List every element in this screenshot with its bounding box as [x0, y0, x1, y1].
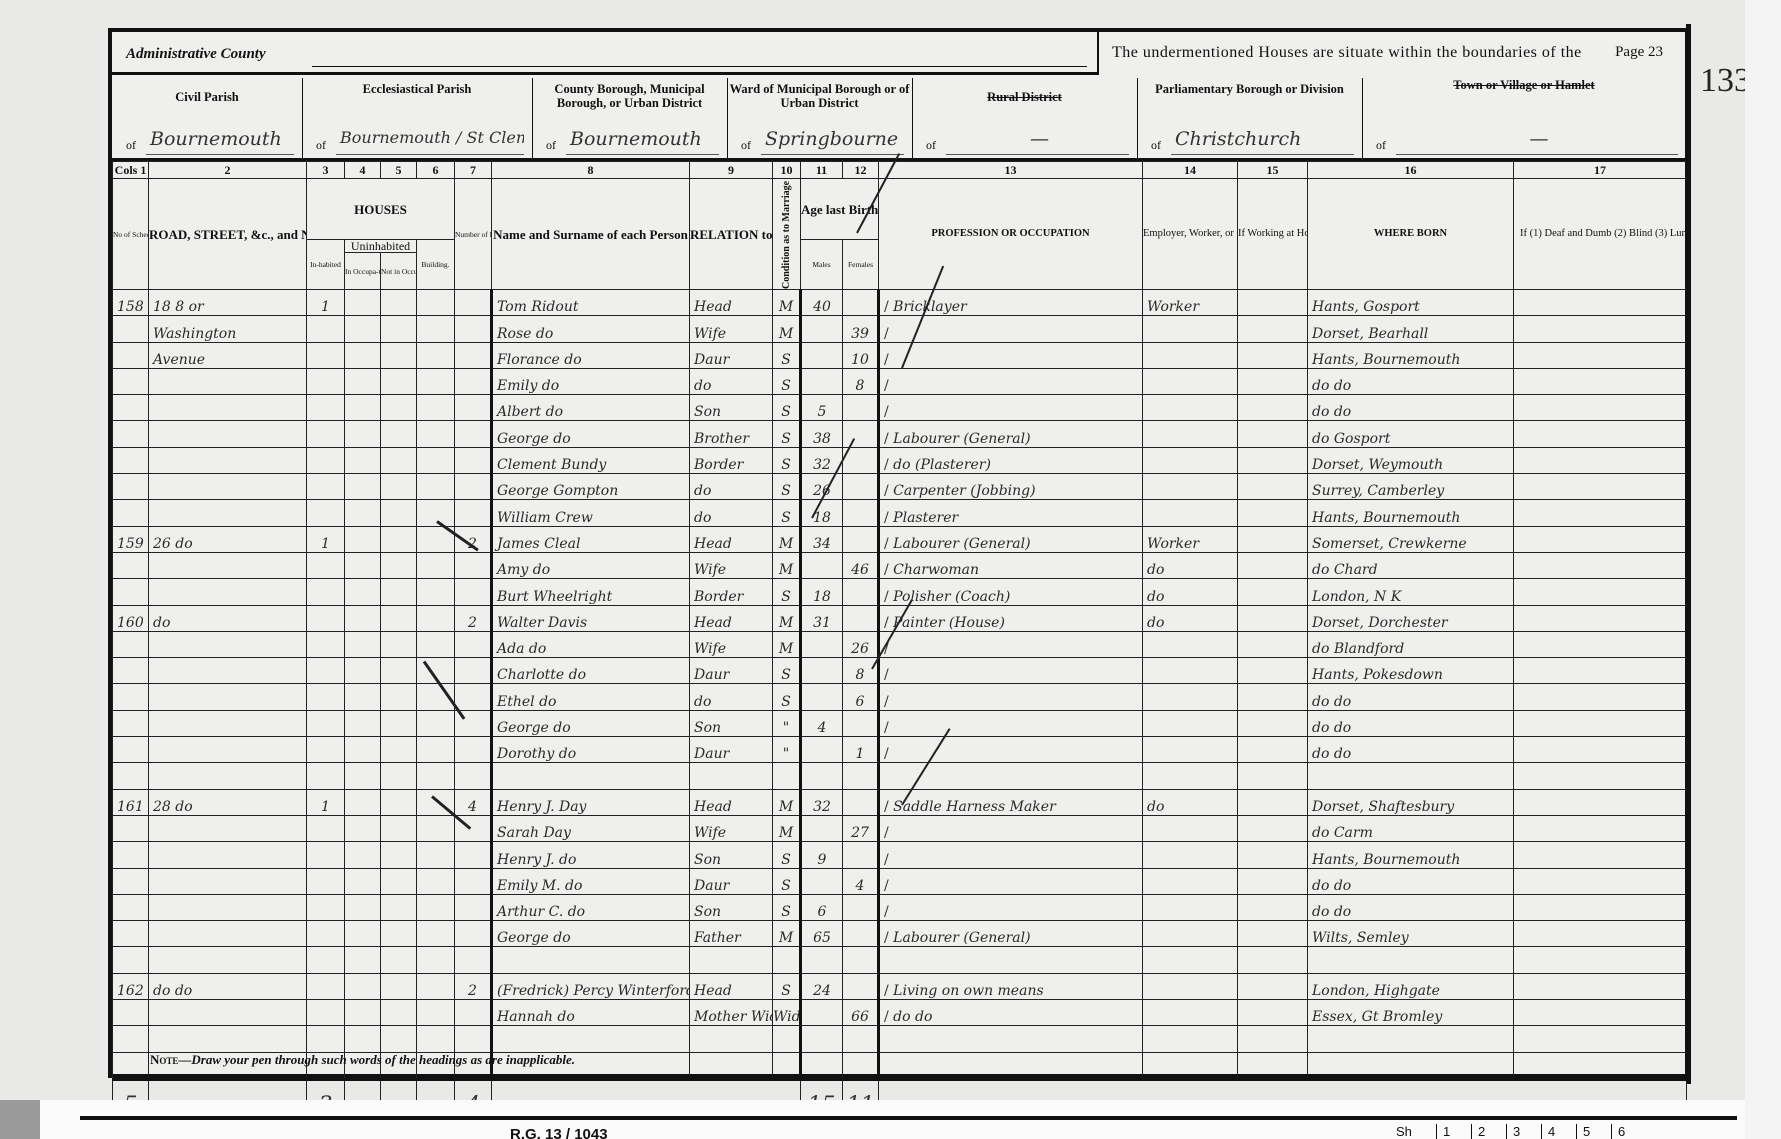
- at-home: [1238, 1052, 1308, 1079]
- enumerator-tick-icon: /: [884, 615, 889, 631]
- inhabited: [307, 684, 345, 710]
- infirmity: [1514, 447, 1687, 473]
- enumerator-tick-icon: /: [884, 378, 889, 394]
- rural-district-value: —: [946, 128, 1129, 155]
- in-occupation: [345, 316, 381, 342]
- header-where-born: WHERE BORN: [1308, 179, 1514, 290]
- not-in-occupation: [381, 290, 417, 316]
- occupation: / Charwoman: [879, 552, 1143, 578]
- occupation: [879, 1052, 1143, 1079]
- building: [417, 737, 455, 763]
- female-age: [843, 474, 879, 500]
- census-sheet: Administrative County The undermentioned…: [108, 28, 1688, 1078]
- table-row: Albert doSonS5/ do do: [113, 395, 1687, 421]
- male-age: 32: [801, 789, 843, 815]
- where-born: Hants, Bournemouth: [1308, 342, 1514, 368]
- enumerator-tick-icon: /: [884, 746, 889, 762]
- inhabited: [307, 1000, 345, 1026]
- column-number: 8: [492, 162, 690, 179]
- where-born: [1308, 1052, 1514, 1079]
- rooms: 2: [455, 605, 492, 631]
- district-county-borough: County Borough, Municipal Borough, or Ur…: [532, 78, 728, 158]
- building: [417, 316, 455, 342]
- address: 26 do: [149, 526, 307, 552]
- relation: Son: [690, 842, 773, 868]
- infirmity: [1514, 763, 1687, 789]
- female-age: 26: [843, 631, 879, 657]
- where-born: Dorset, Dorchester: [1308, 605, 1514, 631]
- employment: [1143, 500, 1238, 526]
- not-in-occupation: [381, 815, 417, 841]
- occupation: /: [879, 894, 1143, 920]
- inhabited: [307, 868, 345, 894]
- table-row: Burt WheelrightBorderS18/ Polisher (Coac…: [113, 579, 1687, 605]
- header-employment: Employer, Worker, or Own account: [1143, 179, 1238, 290]
- in-occupation: [345, 1000, 381, 1026]
- column-number: 13: [879, 162, 1143, 179]
- not-in-occupation: [381, 1000, 417, 1026]
- table-row: [113, 947, 1687, 973]
- where-born: do Gosport: [1308, 421, 1514, 447]
- address: 28 do: [149, 789, 307, 815]
- infirmity: [1514, 684, 1687, 710]
- town-value: —: [1396, 128, 1678, 155]
- inhabited: [307, 947, 345, 973]
- where-born: Hants, Gosport: [1308, 290, 1514, 316]
- relation: Son: [690, 894, 773, 920]
- condition: S: [773, 894, 801, 920]
- rooms: [455, 316, 492, 342]
- condition: M: [773, 290, 801, 316]
- header-address: ROAD, STREET, &c., and No. or NAME of HO…: [149, 179, 307, 290]
- occupation: /: [879, 737, 1143, 763]
- where-born: [1308, 763, 1514, 789]
- female-age: [843, 605, 879, 631]
- not-in-occupation: [381, 789, 417, 815]
- relation: Daur: [690, 868, 773, 894]
- parliamentary-value: Christchurch: [1171, 128, 1354, 155]
- at-home: [1238, 868, 1308, 894]
- not-in-occupation: [381, 579, 417, 605]
- employment: [1143, 710, 1238, 736]
- female-age: 8: [843, 368, 879, 394]
- address: [149, 552, 307, 578]
- enumerator-tick-icon: /: [884, 852, 889, 868]
- address: [149, 658, 307, 684]
- inhabited: [307, 421, 345, 447]
- infirmity: [1514, 631, 1687, 657]
- relation: Son: [690, 395, 773, 421]
- address: [149, 868, 307, 894]
- occupation: / Painter (House): [879, 605, 1143, 631]
- relation: Wife: [690, 815, 773, 841]
- inhabited: [307, 552, 345, 578]
- relation: Daur: [690, 658, 773, 684]
- infirmity: [1514, 395, 1687, 421]
- male-age: 34: [801, 526, 843, 552]
- condition: S: [773, 973, 801, 999]
- person-name: George do: [492, 421, 690, 447]
- address: [149, 842, 307, 868]
- address: [149, 947, 307, 973]
- not-in-occupation: [381, 474, 417, 500]
- civil-parish-value: Bournemouth: [146, 128, 294, 155]
- inhabited: [307, 631, 345, 657]
- where-born: [1308, 947, 1514, 973]
- occupation: / do do: [879, 1000, 1143, 1026]
- person-name: (Fredrick) Percy Winterford: [492, 973, 690, 999]
- at-home: [1238, 342, 1308, 368]
- female-age: [843, 290, 879, 316]
- condition: [773, 763, 801, 789]
- female-age: [843, 526, 879, 552]
- infirmity: [1514, 973, 1687, 999]
- district-rural: Rural District of —: [912, 78, 1138, 158]
- address: [149, 737, 307, 763]
- condition: S: [773, 658, 801, 684]
- inhabited: [307, 500, 345, 526]
- address: [149, 421, 307, 447]
- occupation: [879, 1026, 1143, 1052]
- building: [417, 973, 455, 999]
- schedule-number: [113, 631, 149, 657]
- rooms: [455, 552, 492, 578]
- relation: [690, 1026, 773, 1052]
- condition: S: [773, 579, 801, 605]
- table-row: Hannah doMother WidWid66/ do doEssex, Gt…: [113, 1000, 1687, 1026]
- occupation: / Saddle Harness Maker: [879, 789, 1143, 815]
- male-age: [801, 1052, 843, 1079]
- table-row: Henry J. doSonS9/ Hants, Bournemouth: [113, 842, 1687, 868]
- in-occupation: [345, 658, 381, 684]
- where-born: Hants, Pokesdown: [1308, 658, 1514, 684]
- rooms: [455, 342, 492, 368]
- schedule-number: 159: [113, 526, 149, 552]
- at-home: [1238, 894, 1308, 920]
- occupation: /: [879, 368, 1143, 394]
- schedule-number: [113, 395, 149, 421]
- at-home: [1238, 842, 1308, 868]
- employment: [1143, 868, 1238, 894]
- in-occupation: [345, 815, 381, 841]
- at-home: [1238, 605, 1308, 631]
- table-row: George doSon"4/ do do: [113, 710, 1687, 736]
- at-home: [1238, 395, 1308, 421]
- header-relation: RELATION to Head of Family: [690, 179, 773, 290]
- person-name: Henry J. Day: [492, 789, 690, 815]
- inhabited: [307, 1026, 345, 1052]
- condition: S: [773, 842, 801, 868]
- where-born: Essex, Gt Bromley: [1308, 1000, 1514, 1026]
- infirmity: [1514, 894, 1687, 920]
- not-in-occupation: [381, 421, 417, 447]
- infirmity: [1514, 500, 1687, 526]
- address: [149, 395, 307, 421]
- condition: S: [773, 474, 801, 500]
- in-occupation: [345, 290, 381, 316]
- person-name: Arthur C. do: [492, 894, 690, 920]
- rooms: [455, 1026, 492, 1052]
- condition: [773, 1052, 801, 1079]
- relation: Head: [690, 290, 773, 316]
- rooms: [455, 421, 492, 447]
- person-name: Tom Ridout: [492, 290, 690, 316]
- occupation: / Polisher (Coach): [879, 579, 1143, 605]
- relation: do: [690, 684, 773, 710]
- condition: S: [773, 421, 801, 447]
- occupation: /: [879, 658, 1143, 684]
- employment: [1143, 631, 1238, 657]
- where-born: do Carm: [1308, 815, 1514, 841]
- in-occupation: [345, 684, 381, 710]
- relation: [690, 1052, 773, 1079]
- where-born: Surrey, Camberley: [1308, 474, 1514, 500]
- female-age: [843, 789, 879, 815]
- rooms: [455, 763, 492, 789]
- condition: M: [773, 789, 801, 815]
- building: [417, 868, 455, 894]
- employment: [1143, 815, 1238, 841]
- infirmity: [1514, 947, 1687, 973]
- employment: [1143, 1026, 1238, 1052]
- enumerator-tick-icon: /: [884, 878, 889, 894]
- condition: Wid: [773, 1000, 801, 1026]
- occupation: /: [879, 395, 1143, 421]
- schedule-number: [113, 1000, 149, 1026]
- table-row: George doFatherM65/ Labourer (General)Wi…: [113, 921, 1687, 947]
- in-occupation: [345, 342, 381, 368]
- occupation: / Bricklayer: [879, 290, 1143, 316]
- person-name: Ethel do: [492, 684, 690, 710]
- not-in-occupation: [381, 316, 417, 342]
- where-born: do do: [1308, 894, 1514, 920]
- note-prefix: Note: [150, 1052, 178, 1067]
- in-occupation: [345, 447, 381, 473]
- column-number: 14: [1143, 162, 1238, 179]
- male-age: [801, 1026, 843, 1052]
- occupation: / do (Plasterer): [879, 447, 1143, 473]
- header-at-home: If Working at Home: [1238, 179, 1308, 290]
- address: [149, 1000, 307, 1026]
- building: [417, 421, 455, 447]
- inhabited: 1: [307, 290, 345, 316]
- condition: [773, 1026, 801, 1052]
- schedule-number: [113, 579, 149, 605]
- person-name: George do: [492, 921, 690, 947]
- female-age: [843, 842, 879, 868]
- schedule-number: [113, 342, 149, 368]
- rooms: [455, 474, 492, 500]
- occupation: / Labourer (General): [879, 921, 1143, 947]
- table-row: George doBrotherS38/ Labourer (General)d…: [113, 421, 1687, 447]
- occupation: / Carpenter (Jobbing): [879, 474, 1143, 500]
- female-age: 4: [843, 868, 879, 894]
- rooms: [455, 658, 492, 684]
- not-in-occupation: [381, 684, 417, 710]
- not-in-occupation: [381, 447, 417, 473]
- at-home: [1238, 421, 1308, 447]
- rooms: [455, 1000, 492, 1026]
- rooms: 2: [455, 973, 492, 999]
- where-born: do do: [1308, 395, 1514, 421]
- where-born: [1308, 1026, 1514, 1052]
- address: Washington: [149, 316, 307, 342]
- enumerator-tick-icon: /: [884, 352, 889, 368]
- header-rooms: Number of Rooms occupied if less than fi…: [455, 179, 492, 290]
- schedule-number: [113, 474, 149, 500]
- address: [149, 500, 307, 526]
- at-home: [1238, 368, 1308, 394]
- at-home: [1238, 290, 1308, 316]
- header-houses: HOUSES: [307, 179, 455, 240]
- district-parliamentary: Parliamentary Borough or Division of Chr…: [1137, 78, 1363, 158]
- in-occupation: [345, 973, 381, 999]
- relation: Brother: [690, 421, 773, 447]
- employment: [1143, 684, 1238, 710]
- person-name: Florance do: [492, 342, 690, 368]
- male-age: [801, 684, 843, 710]
- column-number-row: Cols 1234567891011121314151617: [113, 162, 1687, 179]
- employment: do: [1143, 789, 1238, 815]
- address: Avenue: [149, 342, 307, 368]
- relation: Wife: [690, 316, 773, 342]
- enumerator-tick-icon: /: [884, 799, 889, 815]
- building: [417, 842, 455, 868]
- address: [149, 368, 307, 394]
- at-home: [1238, 658, 1308, 684]
- occupation: /: [879, 710, 1143, 736]
- female-age: [843, 947, 879, 973]
- occupation: / Labourer (General): [879, 421, 1143, 447]
- in-occupation: [345, 868, 381, 894]
- rooms: [455, 290, 492, 316]
- in-occupation: [345, 1026, 381, 1052]
- at-home: [1238, 789, 1308, 815]
- relation: Mother Wid: [690, 1000, 773, 1026]
- infirmity: [1514, 290, 1687, 316]
- table-row: Charlotte doDaurS8/ Hants, Pokesdown: [113, 658, 1687, 684]
- not-in-occupation: [381, 605, 417, 631]
- table-row: Ada doWifeM26/ do Blandford: [113, 631, 1687, 657]
- enumerator-tick-icon: /: [884, 825, 889, 841]
- infirmity: [1514, 342, 1687, 368]
- at-home: [1238, 579, 1308, 605]
- employment: [1143, 447, 1238, 473]
- in-occupation: [345, 500, 381, 526]
- at-home: [1238, 710, 1308, 736]
- enumerator-tick-icon: /: [884, 562, 889, 578]
- where-born: Dorset, Shaftesbury: [1308, 789, 1514, 815]
- infirmity: [1514, 868, 1687, 894]
- enumerator-tick-icon: /: [884, 694, 889, 710]
- building: [417, 947, 455, 973]
- schedule-number: [113, 316, 149, 342]
- address: do: [149, 605, 307, 631]
- occupation: /: [879, 868, 1143, 894]
- at-home: [1238, 947, 1308, 973]
- female-age: 27: [843, 815, 879, 841]
- rooms: [455, 842, 492, 868]
- employment: Worker: [1143, 290, 1238, 316]
- enumerator-tick-icon: /: [884, 510, 889, 526]
- at-home: [1238, 316, 1308, 342]
- building: [417, 395, 455, 421]
- relation: Border: [690, 579, 773, 605]
- female-age: 10: [843, 342, 879, 368]
- building: [417, 631, 455, 657]
- schedule-number: [113, 684, 149, 710]
- address: [149, 710, 307, 736]
- where-born: do Blandford: [1308, 631, 1514, 657]
- person-name: [492, 763, 690, 789]
- male-age: [801, 737, 843, 763]
- reference-cells: Sh 1 2 3 4 5 6: [1390, 1124, 1646, 1139]
- schedule-number: 158: [113, 290, 149, 316]
- person-name: Emily do: [492, 368, 690, 394]
- building: [417, 579, 455, 605]
- employment: do: [1143, 579, 1238, 605]
- table-row: William CrewdoS18/ PlastererHants, Bourn…: [113, 500, 1687, 526]
- header-infirmity: If (1) Deaf and Dumb (2) Blind (3) Lunat…: [1514, 179, 1687, 290]
- infirmity: [1514, 421, 1687, 447]
- employment: [1143, 842, 1238, 868]
- occupation: [879, 947, 1143, 973]
- condition: S: [773, 395, 801, 421]
- schedule-number: [113, 552, 149, 578]
- condition: M: [773, 921, 801, 947]
- administrative-county-line: [312, 66, 1087, 67]
- condition: ": [773, 710, 801, 736]
- inhabited: [307, 842, 345, 868]
- relation: do: [690, 368, 773, 394]
- schedule-number: [113, 868, 149, 894]
- where-born: do do: [1308, 868, 1514, 894]
- person-name: Emily M. do: [492, 868, 690, 894]
- district-ward: Ward of Municipal Borough or of Urban Di…: [727, 78, 913, 158]
- male-age: [801, 868, 843, 894]
- schedule-number: 161: [113, 789, 149, 815]
- in-occupation: [345, 579, 381, 605]
- condition: M: [773, 815, 801, 841]
- not-in-occupation: [381, 342, 417, 368]
- address: [149, 579, 307, 605]
- column-number: 17: [1514, 162, 1687, 179]
- district-civil-parish: Civil Parish of Bournemouth: [112, 78, 303, 158]
- header-females: Females: [843, 240, 879, 290]
- county-borough-value: Bournemouth: [566, 128, 719, 155]
- person-name: [492, 1026, 690, 1052]
- relation: [690, 763, 773, 789]
- address: [149, 631, 307, 657]
- rooms: [455, 395, 492, 421]
- district-town: Town or Village or Hamlet of —: [1362, 78, 1686, 158]
- in-occupation: [345, 395, 381, 421]
- at-home: [1238, 474, 1308, 500]
- inhabited: [307, 973, 345, 999]
- in-occupation: [345, 526, 381, 552]
- at-home: [1238, 447, 1308, 473]
- infirmity: [1514, 316, 1687, 342]
- column-number: 7: [455, 162, 492, 179]
- male-age: 6: [801, 894, 843, 920]
- male-age: 65: [801, 921, 843, 947]
- male-age: [801, 631, 843, 657]
- building: [417, 605, 455, 631]
- occupation: /: [879, 815, 1143, 841]
- infirmity: [1514, 579, 1687, 605]
- building: [417, 552, 455, 578]
- where-born: Hants, Bournemouth: [1308, 500, 1514, 526]
